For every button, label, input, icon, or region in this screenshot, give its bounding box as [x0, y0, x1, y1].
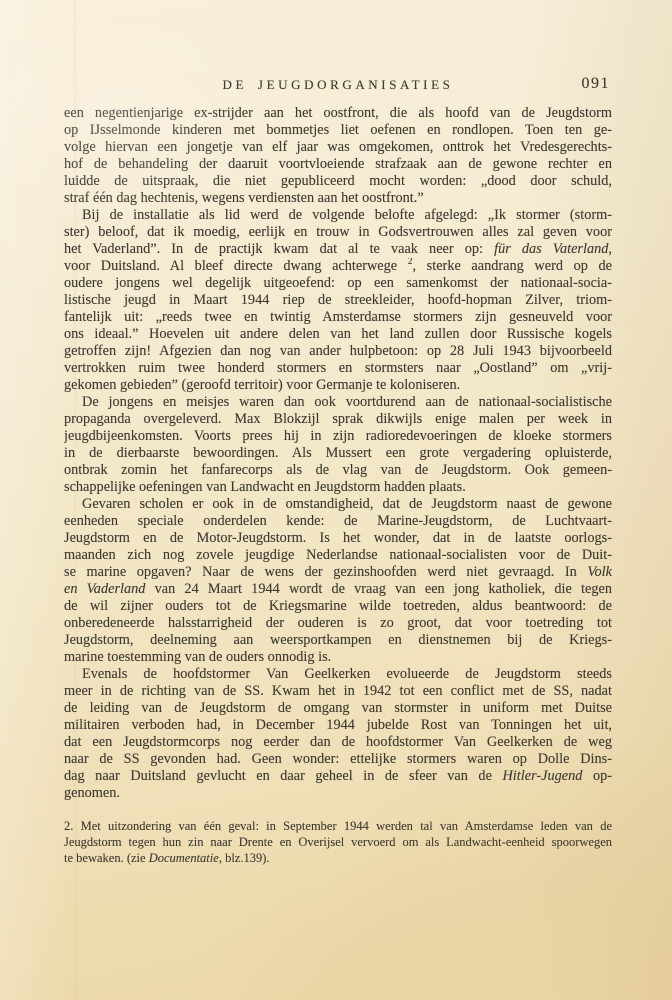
paragraph: Gevaren scholen er ook in de omstandighe… [64, 496, 612, 666]
text-line: Gevaren scholen er ook in de omstandighe… [64, 496, 612, 513]
text-line: jeugdbijeenkomsten. Voorts prees hij in … [64, 428, 612, 445]
paragraph: Evenals de hoofdstormer Van Geelkerken e… [64, 666, 612, 802]
text-line: propaganda overgeleverd. Max Blokzijl sp… [64, 411, 612, 428]
text-line: de wil zijner ouders tot de Kriegsmarine… [64, 598, 612, 615]
text-line: voor Duitsland. Al bleef directe dwang a… [64, 258, 612, 275]
text-line: Jeugdstorm en de Motor-Jeugdstorm. Is he… [64, 530, 612, 547]
text-line: fantelijk uit: „reeds twee en twintig Am… [64, 309, 612, 326]
paragraph: Bij de installatie als lid werd de volge… [64, 207, 612, 394]
text-line: ons ideaal.” Hoevelen uit andere delen v… [64, 326, 612, 343]
text-line: listische jeugd in Maart 1944 riep de st… [64, 292, 612, 309]
text-line: het Vaderland”. In de practijk kwam dat … [64, 241, 612, 258]
body-text: een negentienjarige ex-strijder aan het … [64, 105, 612, 802]
text-line: 2. Met uitzondering van één geval: in Se… [64, 818, 612, 834]
text-line: Evenals de hoofdstormer Van Geelkerken e… [64, 666, 612, 683]
text-line: luidde de uitspraak, die niet gepublicee… [64, 173, 612, 190]
text-line: op IJsselmonde kinderen met bommetjes li… [64, 122, 612, 139]
book-page: DE JEUGDORGANISATIES 091 een negentienja… [0, 0, 672, 1000]
text-line: ster) beloof, dat ik moedig, eerlijk en … [64, 224, 612, 241]
text-line: hof de behandeling der daaruit voortvloe… [64, 156, 612, 173]
text-line: en Vaderland van 24 Maart 1944 wordt de … [64, 581, 612, 598]
text-line: Jeugdstorm, deelneming aan weersportkamp… [64, 632, 612, 649]
page-number: 091 [582, 75, 611, 93]
text-line: de leiding van de Jeugdstorm de omgang v… [64, 700, 612, 717]
text-line: Jeugdstorm tegen hun zin naar Drente en … [64, 834, 612, 850]
text-line: meer in de richting van de SS. Kwam het … [64, 683, 612, 700]
text-line: Bij de installatie als lid werd de volge… [64, 207, 612, 224]
text-line: onberedeneerde halsstarrigheid der ouder… [64, 615, 612, 632]
text-line: ontbrak zomin het fanfarecorps als de vl… [64, 462, 612, 479]
text-line: oudere jongens wel degelijk uitgeoefend:… [64, 275, 612, 292]
text-line: een negentienjarige ex-strijder aan het … [64, 105, 612, 122]
text-line: in de dierbaarste bewoordingen. Als Muss… [64, 445, 612, 462]
text-line: De jongens en meisjes waren dan ook voor… [64, 394, 612, 411]
text-line: te bewaken. (zie Documentatie, blz.139). [64, 850, 612, 866]
text-line: genomen. [64, 785, 612, 802]
text-line: maanden zich nog zovele jeugdige Nederla… [64, 547, 612, 564]
text-line: vertrokken ruim twee honderd stormers en… [64, 360, 612, 377]
text-line: naar de SS gevonden had. Geen wonder: et… [64, 751, 612, 768]
running-title: DE JEUGDORGANISATIES [64, 77, 612, 93]
text-line: eenheden speciale onderdelen kende: de M… [64, 513, 612, 530]
text-line: gekomen gebieden” (geroofd territoir) vo… [64, 377, 612, 394]
text-line: volge hiervan een jongetje van elf jaar … [64, 139, 612, 156]
text-line: straf één dag hechtenis, wegens verdiens… [64, 190, 612, 207]
text-line: getroffen zijn! Afgezien dan nog van and… [64, 343, 612, 360]
text-line: militairen verboden had, in December 194… [64, 717, 612, 734]
paragraph: De jongens en meisjes waren dan ook voor… [64, 394, 612, 496]
text-line: schappelijke oefeningen van Landwacht en… [64, 479, 612, 496]
text-line: dat een Jeugdstormcorps nog eerder dan d… [64, 734, 612, 751]
text-line: marine toestemming van de ouders onnodig… [64, 649, 612, 666]
page-header: DE JEUGDORGANISATIES 091 [64, 77, 612, 96]
text-line: dag naar Duitsland gevlucht en daar gehe… [64, 768, 612, 785]
text-line: se marine opgaven? Naar de wens der gezi… [64, 564, 612, 581]
footnote: 2. Met uitzondering van één geval: in Se… [64, 818, 612, 866]
paragraph: een negentienjarige ex-strijder aan het … [64, 105, 612, 207]
